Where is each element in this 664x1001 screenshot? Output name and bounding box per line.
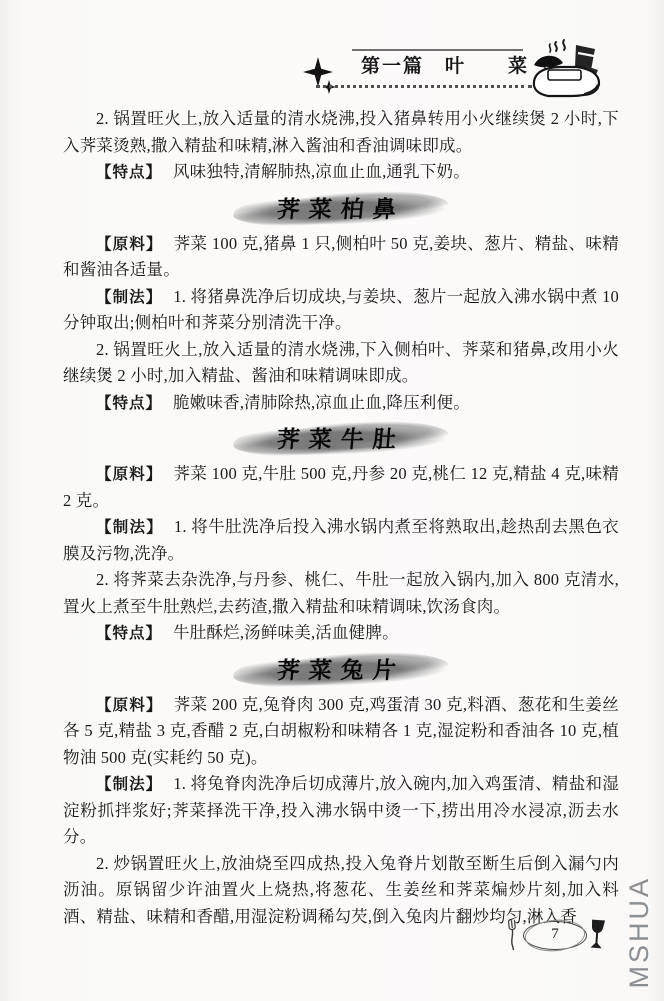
chapter-title: 第一篇 叶 菜 — [361, 51, 529, 78]
paragraph-label: 【原料】 — [96, 465, 163, 483]
paragraph-label: 【制法】 — [96, 518, 163, 536]
sparkle-stars-icon — [302, 56, 346, 98]
paragraph-text: 2. 炒锅置旺火上,放油烧至四成热,投入兔脊片划散至断生后倒入漏勺内沥油。原锅留… — [63, 854, 619, 926]
paragraph-label: 【原料】 — [96, 235, 163, 253]
book-page: 第一篇 叶 菜 2. 锅置旺火上,放入适量的清水烧沸,投入猪鼻转用小火继续煲 2… — [0, 0, 664, 1001]
page-number-plate: 7 — [523, 921, 587, 950]
paragraph-label: 【制法】 — [96, 775, 162, 793]
page-number: 7 — [523, 926, 587, 943]
paragraph: 【制法】1. 将猪鼻洗净后切成块,与姜块、葱片一起放入沸水锅中煮 10 分钟取出… — [63, 284, 619, 337]
fork-icon — [504, 917, 522, 952]
paragraph-label: 【原料】 — [96, 696, 163, 714]
recipe-title-banner: 荠菜柏鼻 — [241, 189, 441, 227]
paragraph-text: 牛肚酥烂,汤鲜味美,活血健脾。 — [173, 623, 399, 642]
paragraph-text: 2. 将荠菜去杂洗净,与丹参、桃仁、牛肚一起放入锅内,加入 800 克清水,置火… — [63, 570, 619, 616]
paragraph: 【制法】1. 将牛肚洗净后投入沸水锅内煮至将熟取出,趁热刮去黑色衣膜及污物,洗净… — [63, 514, 619, 567]
paragraph-text: 脆嫩味香,清肺除热,凉血止血,降压利便。 — [173, 393, 470, 412]
paragraph: 【特点】牛肚酥烂,汤鲜味美,活血健脾。 — [63, 620, 619, 647]
goblet-icon — [588, 918, 607, 951]
paragraph-label: 【特点】 — [96, 394, 162, 412]
paragraph: 【特点】风味独特,清解肺热,凉血止血,通乳下奶。 — [63, 159, 619, 186]
paragraph: 【原料】荠菜 100 克,牛肚 500 克,丹参 20 克,桃仁 12 克,精盐… — [63, 461, 619, 514]
recipe-title: 荠菜牛肚 — [276, 421, 407, 454]
page-number-ornament: 7 — [506, 918, 606, 952]
recipe-title: 荠菜兔片 — [276, 652, 407, 685]
paragraph: 【特点】脆嫩味香,清肺除热,凉血止血,降压利便。 — [63, 390, 619, 417]
header-dotted-rule — [316, 85, 532, 88]
paragraph-label: 【制法】 — [96, 288, 162, 306]
paragraph: 【原料】荠菜 100 克,猪鼻 1 只,侧柏叶 50 克,姜块、葱片、精盐、味精… — [63, 231, 619, 284]
page-content: 2. 锅置旺火上,放入适量的清水烧沸,投入猪鼻转用小火继续煲 2 小时,下入荠菜… — [63, 106, 619, 930]
paragraph: 【原料】荠菜 200 克,兔脊肉 300 克,鸡蛋清 30 克,料酒、葱花和生姜… — [63, 692, 619, 772]
paragraph: 2. 锅置旺火上,放入适量的清水烧沸,下入侧柏叶、荠菜和猪鼻,改用小火继续煲 2… — [63, 337, 619, 390]
paragraph-label: 【特点】 — [96, 163, 162, 181]
paragraph-text: 2. 锅置旺火上,放入适量的清水烧沸,投入猪鼻转用小火继续煲 2 小时,下入荠菜… — [63, 109, 619, 155]
paragraph-text: 风味独特,清解肺热,凉血止血,通乳下奶。 — [173, 162, 470, 181]
paragraph: 2. 锅置旺火上,放入适量的清水烧沸,投入猪鼻转用小火继续煲 2 小时,下入荠菜… — [63, 106, 619, 159]
recipe-title-banner: 荠菜牛肚 — [241, 419, 441, 457]
paragraph: 2. 将荠菜去杂洗净,与丹参、桃仁、牛肚一起放入锅内,加入 800 克清水,置火… — [63, 567, 619, 620]
recipe-title-banner: 荠菜兔片 — [241, 650, 441, 688]
paragraph-text: 2. 锅置旺火上,放入适量的清水烧沸,下入侧柏叶、荠菜和猪鼻,改用小火继续煲 2… — [63, 340, 619, 386]
paragraph: 【制法】1. 将兔脊肉洗净后切成薄片,放入碗内,加入鸡蛋清、精盐和湿淀粉抓拌浆好… — [63, 771, 619, 851]
watermark-text: MSHUA — [624, 876, 655, 989]
steaming-dish-illustration — [526, 38, 608, 104]
paragraph-label: 【特点】 — [96, 624, 162, 642]
recipe-title: 荠菜柏鼻 — [276, 191, 407, 224]
